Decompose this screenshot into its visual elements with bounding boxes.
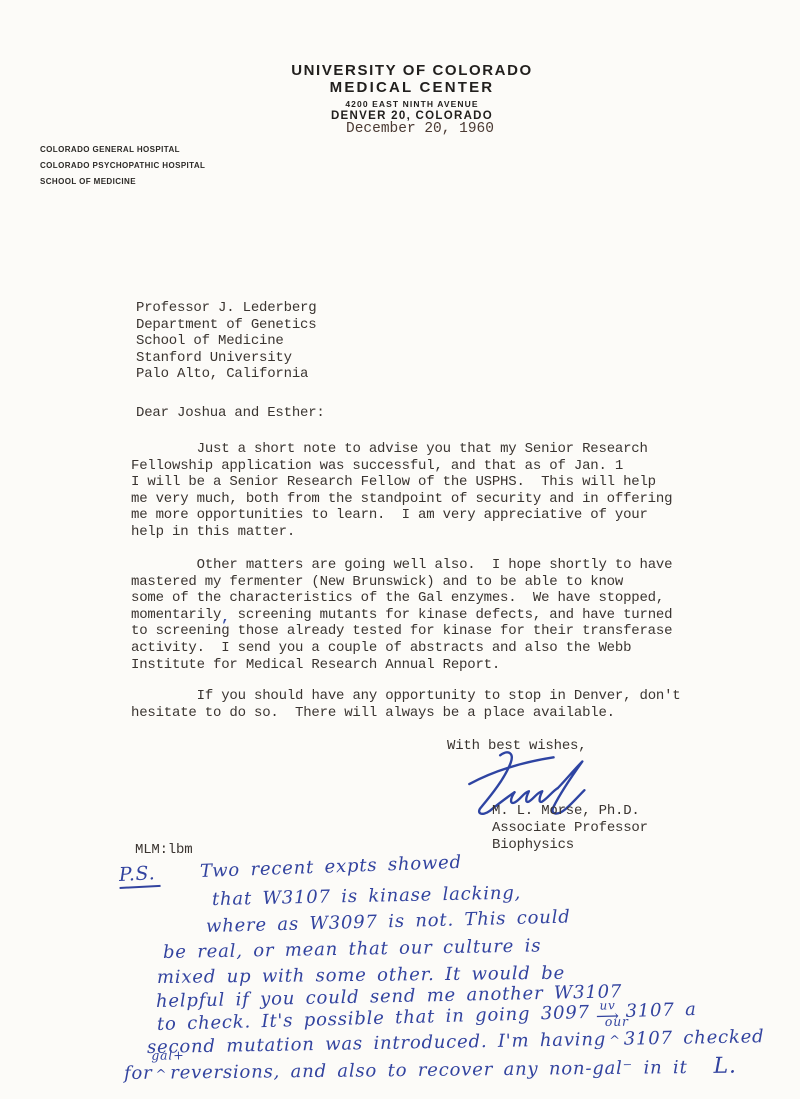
signer-title: Associate Professor <box>492 820 648 837</box>
postscript-initial: L. <box>713 1054 736 1079</box>
inserted-word-gal: gal+ <box>151 1049 184 1061</box>
letterhead-medical-center: MEDICAL CENTER <box>112 79 712 96</box>
caret-insertion-our: our^ <box>609 1029 621 1050</box>
signer-block: M. L. Morse, Ph.D. Associate Professor B… <box>492 803 648 854</box>
letter-page: UNIVERSITY OF COLORADO MEDICAL CENTER 42… <box>0 0 800 1099</box>
side-institution-1: COLORADO GENERAL HOSPITAL <box>40 146 205 154</box>
letterhead-street-address: 4200 EAST NINTH AVENUE <box>112 99 712 109</box>
side-institution-2: COLORADO PSYCHOPATHIC HOSPITAL <box>40 162 205 170</box>
signer-department: Biophysics <box>492 837 648 854</box>
caret-insertion-gal: gal+^ <box>155 1063 167 1084</box>
letter-date: December 20, 1960 <box>128 121 712 137</box>
paragraph-3: If you should have any opportunity to st… <box>131 688 731 721</box>
postscript-line-9: forgal+^reversions, and also to recover … <box>124 1054 737 1085</box>
postscript-line-4: be real, or mean that our culture is <box>163 935 542 963</box>
inserted-word-our: our <box>605 1016 629 1028</box>
postscript-line-9-text: for <box>124 1063 153 1084</box>
salutation: Dear Joshua and Esther: <box>136 405 325 422</box>
side-institution-3: SCHOOL OF MEDICINE <box>40 178 205 186</box>
side-institutions: COLORADO GENERAL HOSPITAL COLORADO PSYCH… <box>40 146 205 194</box>
recipient-school: School of Medicine <box>136 333 316 350</box>
recipient-name: Professor J. Lederberg <box>136 300 316 317</box>
postscript-line-3: where as W3097 is not. This could <box>206 906 571 937</box>
recipient-university: Stanford University <box>136 350 316 367</box>
postscript-label: P.S. <box>118 862 160 889</box>
postscript-line-8-text-after: 3107 checked <box>624 1026 765 1049</box>
recipient-department: Department of Genetics <box>136 317 316 334</box>
letterhead-university: UNIVERSITY OF COLORADO <box>112 62 712 79</box>
handwritten-inserted-comma: , <box>221 610 229 626</box>
paragraph-2: Other matters are going well also. I hop… <box>131 557 731 673</box>
postscript-line-1: Two recent expts showed <box>200 852 463 882</box>
postscript-line-9-text-after: reversions, and also to recover any non-… <box>170 1057 688 1083</box>
recipient-city: Palo Alto, California <box>136 366 316 383</box>
typist-reference: MLM:lbm <box>135 842 192 859</box>
signer-name: M. L. Morse, Ph.D. <box>492 803 648 820</box>
recipient-address: Professor J. Lederberg Department of Gen… <box>136 300 316 383</box>
caret-icon: ^ <box>155 1068 167 1083</box>
paragraph-1: Just a short note to advise you that my … <box>131 441 731 541</box>
caret-icon: ^ <box>609 1034 621 1049</box>
postscript-line-7-text-after: 3107 a <box>625 999 697 1022</box>
postscript-line-2: that W3107 is kinase lacking, <box>212 883 522 910</box>
